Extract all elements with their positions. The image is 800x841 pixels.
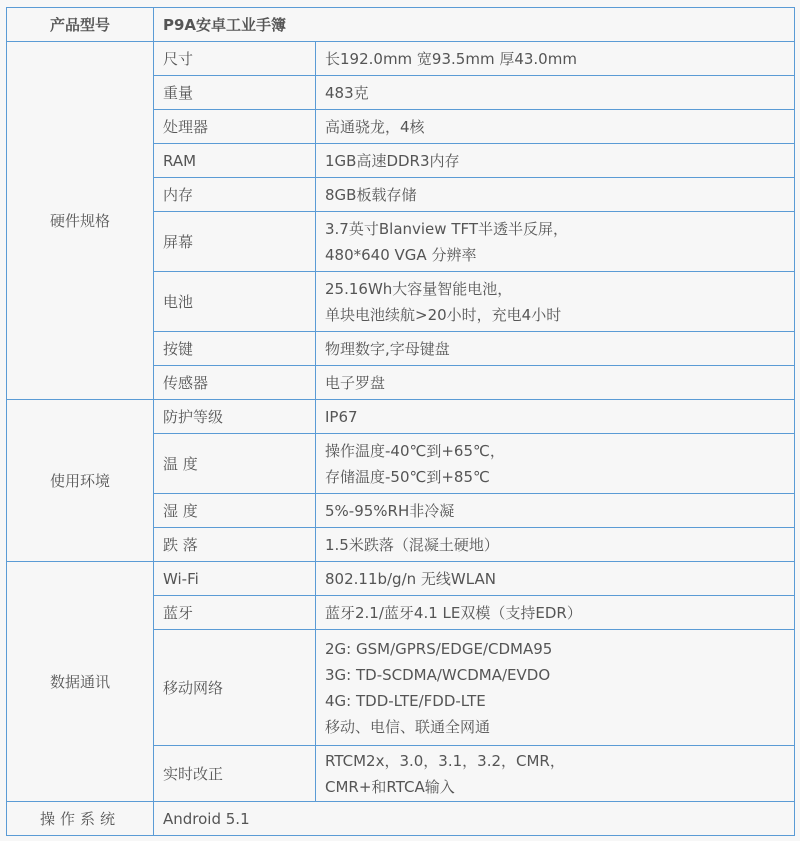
value-line: 3.7英寸Blanview TFT半透半反屏，: [325, 216, 794, 242]
row-value: 物理数字,字母键盘: [316, 332, 795, 366]
row-label: 屏幕: [154, 212, 316, 272]
value-line: 单块电池续航>20小时，充电4小时: [325, 302, 794, 328]
header-value: P9A安卓工业手簿: [154, 8, 795, 42]
row-label: 温 度: [154, 434, 316, 494]
os-row: 操作系统 Android 5.1: [7, 802, 795, 836]
table-row: 使用环境 防护等级 IP67: [7, 400, 795, 434]
row-value: 2G: GSM/GPRS/EDGE/CDMA95 3G: TD-SCDMA/WC…: [316, 630, 795, 746]
row-value: IP67: [316, 400, 795, 434]
row-value: 8GB板载存储: [316, 178, 795, 212]
header-label: 产品型号: [7, 8, 154, 42]
row-value: 3.7英寸Blanview TFT半透半反屏， 480*640 VGA 分辨率: [316, 212, 795, 272]
category-communication: 数据通讯: [7, 562, 154, 802]
row-value: RTCM2x，3.0，3.1，3.2，CMR， CMR+和RTCA输入: [316, 746, 795, 802]
row-value: 483克: [316, 76, 795, 110]
category-hardware: 硬件规格: [7, 42, 154, 400]
category-environment: 使用环境: [7, 400, 154, 562]
row-label: Wi-Fi: [154, 562, 316, 596]
row-value: 长192.0mm 宽93.5mm 厚43.0mm: [316, 42, 795, 76]
spec-table: 产品型号 P9A安卓工业手簿 硬件规格 尺寸 长192.0mm 宽93.5mm …: [6, 7, 795, 836]
value-line: RTCM2x，3.0，3.1，3.2，CMR，: [325, 748, 794, 774]
row-label: 跌 落: [154, 528, 316, 562]
row-label: 蓝牙: [154, 596, 316, 630]
os-label: 操作系统: [7, 802, 154, 836]
row-label: 防护等级: [154, 400, 316, 434]
row-label: 重量: [154, 76, 316, 110]
row-label: 处理器: [154, 110, 316, 144]
row-value: 操作温度-40℃到+65℃， 存储温度-50℃到+85℃: [316, 434, 795, 494]
row-label: 尺寸: [154, 42, 316, 76]
row-value: 蓝牙2.1/蓝牙4.1 LE双模（支持EDR）: [316, 596, 795, 630]
row-value: 1.5米跌落（混凝土硬地）: [316, 528, 795, 562]
row-label: 内存: [154, 178, 316, 212]
value-line: 480*640 VGA 分辨率: [325, 242, 794, 268]
row-label: 电池: [154, 272, 316, 332]
row-label: 实时改正: [154, 746, 316, 802]
row-label: 传感器: [154, 366, 316, 400]
header-row: 产品型号 P9A安卓工业手簿: [7, 8, 795, 42]
row-label: 湿 度: [154, 494, 316, 528]
row-label: RAM: [154, 144, 316, 178]
value-line: 3G: TD-SCDMA/WCDMA/EVDO: [325, 662, 794, 688]
value-line: 25.16Wh大容量智能电池，: [325, 276, 794, 302]
value-line: CMR+和RTCA输入: [325, 774, 794, 800]
value-line: 存储温度-50℃到+85℃: [325, 464, 794, 490]
value-line: 2G: GSM/GPRS/EDGE/CDMA95: [325, 636, 794, 662]
row-label: 移动网络: [154, 630, 316, 746]
table-row: 硬件规格 尺寸 长192.0mm 宽93.5mm 厚43.0mm: [7, 42, 795, 76]
row-value: 5%-95%RH非冷凝: [316, 494, 795, 528]
row-value: 25.16Wh大容量智能电池， 单块电池续航>20小时，充电4小时: [316, 272, 795, 332]
table-row: 数据通讯 Wi-Fi 802.11b/g/n 无线WLAN: [7, 562, 795, 596]
value-line: 操作温度-40℃到+65℃，: [325, 438, 794, 464]
value-line: 4G: TDD-LTE/FDD-LTE: [325, 688, 794, 714]
row-label: 按键: [154, 332, 316, 366]
row-value: 1GB高速DDR3内存: [316, 144, 795, 178]
row-value: 802.11b/g/n 无线WLAN: [316, 562, 795, 596]
row-value: 高通骁龙，4核: [316, 110, 795, 144]
value-line: 移动、电信、联通全网通: [325, 714, 794, 740]
os-value: Android 5.1: [154, 802, 795, 836]
row-value: 电子罗盘: [316, 366, 795, 400]
